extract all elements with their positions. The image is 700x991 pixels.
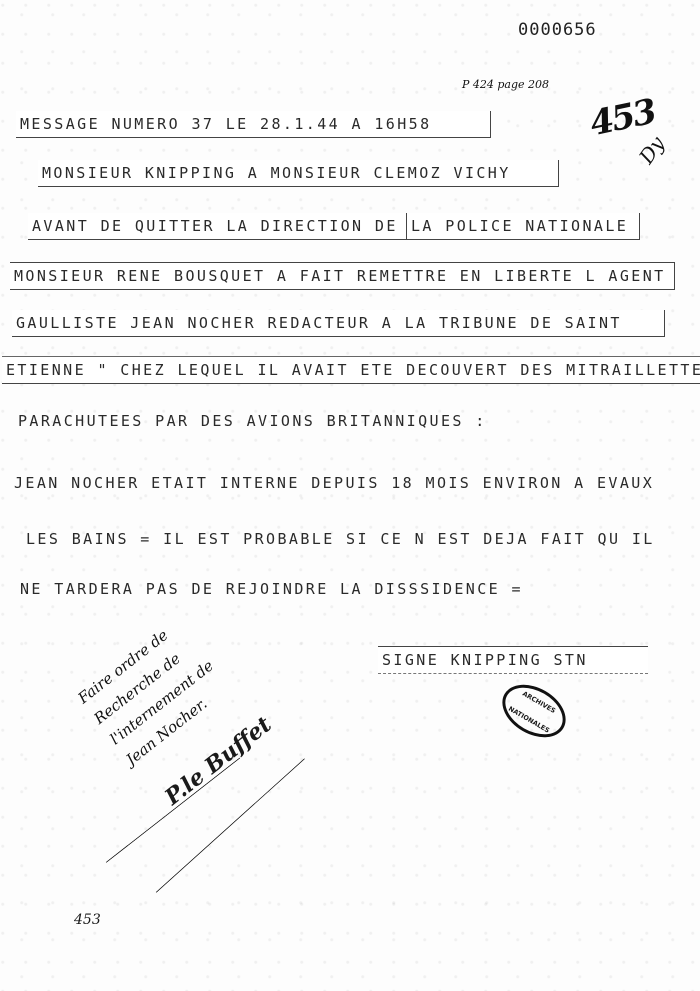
reference-number: 0000656: [518, 20, 597, 40]
archives-nationales-stamp: ARCHIVES NATIONALES: [493, 674, 575, 748]
telegram-header-line: MESSAGE NUMERO 37 LE 28.1.44 A 16H58: [16, 111, 491, 138]
telegram-body-line: LES BAINS = IL EST PROBABLE SI CE N EST …: [22, 526, 663, 552]
telegram-body-line: MONSIEUR RENE BOUSQUET A FAIT REMETTRE E…: [10, 262, 675, 290]
signature-underline-stroke: [106, 757, 241, 862]
bottom-folio-number: 453: [74, 912, 101, 928]
telegram-signature-line: SIGNE KNIPPING STN: [378, 646, 648, 674]
telegram-body-line: GAULLISTE JEAN NOCHER REDACTEUR A LA TRI…: [12, 310, 665, 337]
telegram-body-line: PARACHUTEES PAR DES AVIONS BRITANNIQUES …: [14, 408, 495, 434]
telegram-body-line: LA POLICE NATIONALE: [406, 213, 640, 240]
telegram-body-line: JEAN NOCHER ETAIT INTERNE DEPUIS 18 MOIS…: [10, 470, 662, 496]
page-reference-note: P 424 page 208: [462, 78, 549, 91]
telegram-body-line: AVANT DE QUITTER LA DIRECTION DE: [28, 213, 411, 240]
handwritten-folio-suffix: Dy: [634, 132, 669, 168]
telegram-body-line: ETIENNE " CHEZ LEQUEL IL AVAIT ETE DECOU…: [2, 356, 700, 384]
telegram-addressee-line: MONSIEUR KNIPPING A MONSIEUR CLEMOZ VICH…: [38, 160, 559, 187]
telegram-document: 0000656 P 424 page 208 453 Dy MESSAGE NU…: [0, 0, 700, 991]
